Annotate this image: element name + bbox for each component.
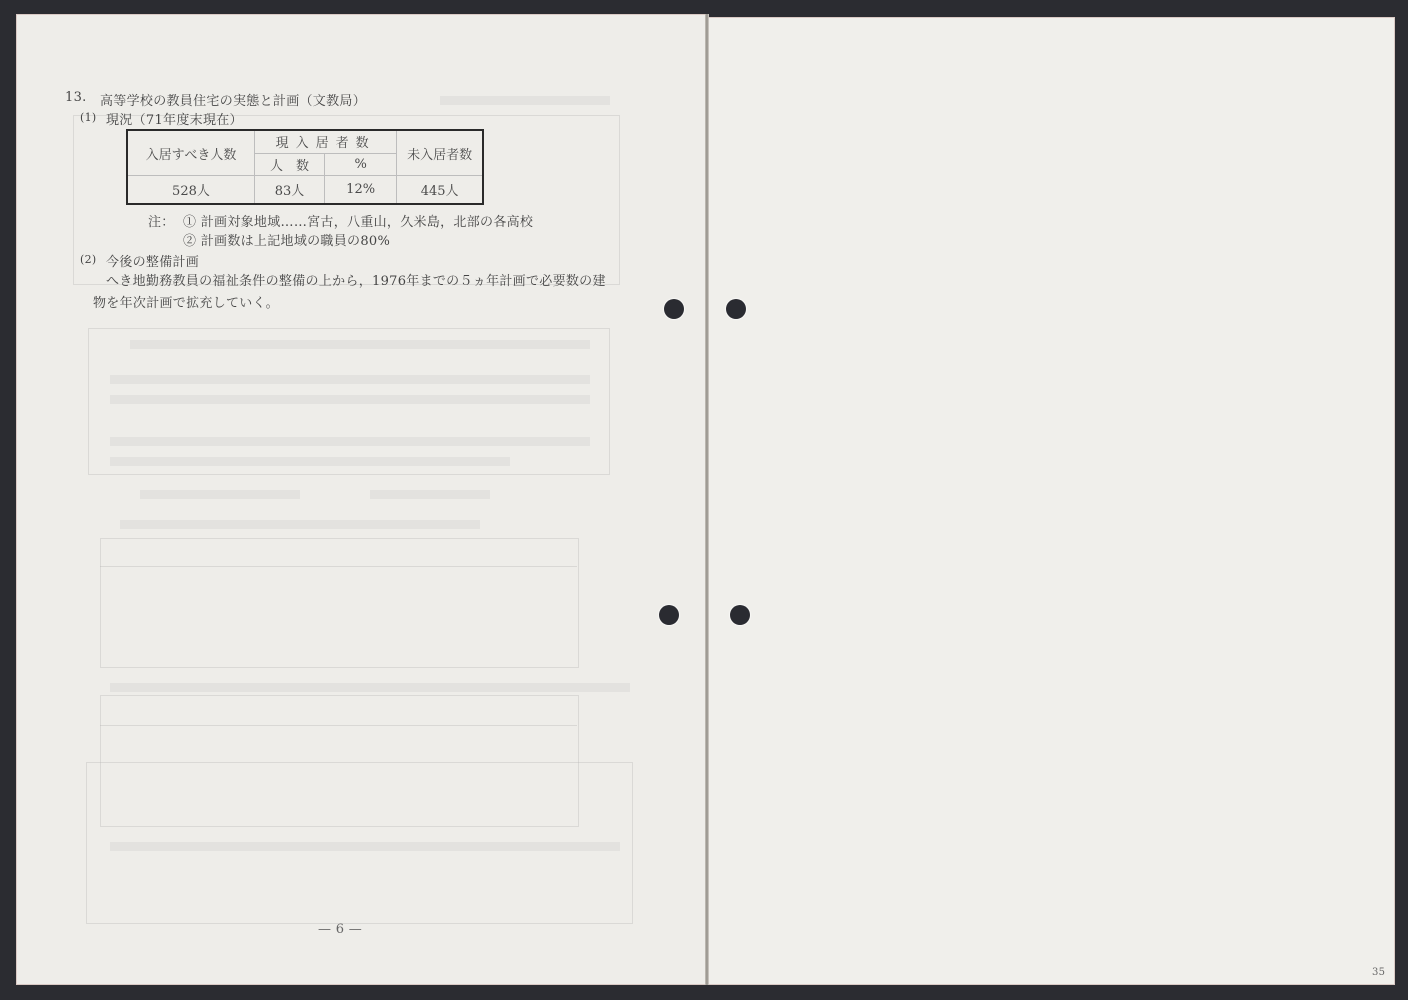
section-title: 高等学校の教員住宅の実態と計画（文教局） (100, 90, 366, 109)
subsection-title: 今後の整備計画 (106, 251, 199, 270)
page-number: — 6 — (318, 922, 362, 937)
housing-status-table: 入居すべき人数 現入居者数 未入居者数 人 数 % 528人 83人 12% 4… (126, 129, 484, 205)
page-gutter (705, 14, 709, 985)
section-number: 13. (65, 90, 87, 105)
cell-percent: 12% (325, 176, 397, 205)
cell-should-reside: 528人 (127, 176, 254, 205)
note-item: ② 計画数は上記地域の職員の80% (183, 230, 390, 249)
archive-mark: 35 (1372, 967, 1385, 978)
header-percent: % (325, 153, 397, 176)
cell-count: 83人 (254, 176, 324, 205)
cell-not-residing: 445人 (397, 176, 483, 205)
notes-label: 注： (148, 211, 175, 230)
punch-hole (664, 299, 684, 319)
header-should-reside: 入居すべき人数 (127, 130, 254, 176)
subsection-number: (2) (80, 253, 96, 266)
note-item: ① 計画対象地域……宮古，八重山，久米島，北部の各高校 (183, 211, 533, 230)
plan-paragraph-line: へき地勤務教員の福祉条件の整備の上から，1976年までの５ヵ年計画で必要数の建 (106, 270, 606, 289)
header-current-residents: 現入居者数 (254, 130, 396, 153)
punch-hole (659, 605, 679, 625)
right-page (708, 17, 1395, 985)
plan-paragraph-line: 物を年次計画で拡充していく。 (93, 292, 279, 311)
subsection-number: (1) (80, 111, 96, 124)
punch-hole (726, 299, 746, 319)
header-not-residing: 未入居者数 (397, 130, 483, 176)
subsection-title: 現況（71年度末現在） (106, 109, 243, 128)
header-count: 人 数 (254, 153, 324, 176)
punch-hole (730, 605, 750, 625)
table-row: 528人 83人 12% 445人 (127, 176, 483, 205)
